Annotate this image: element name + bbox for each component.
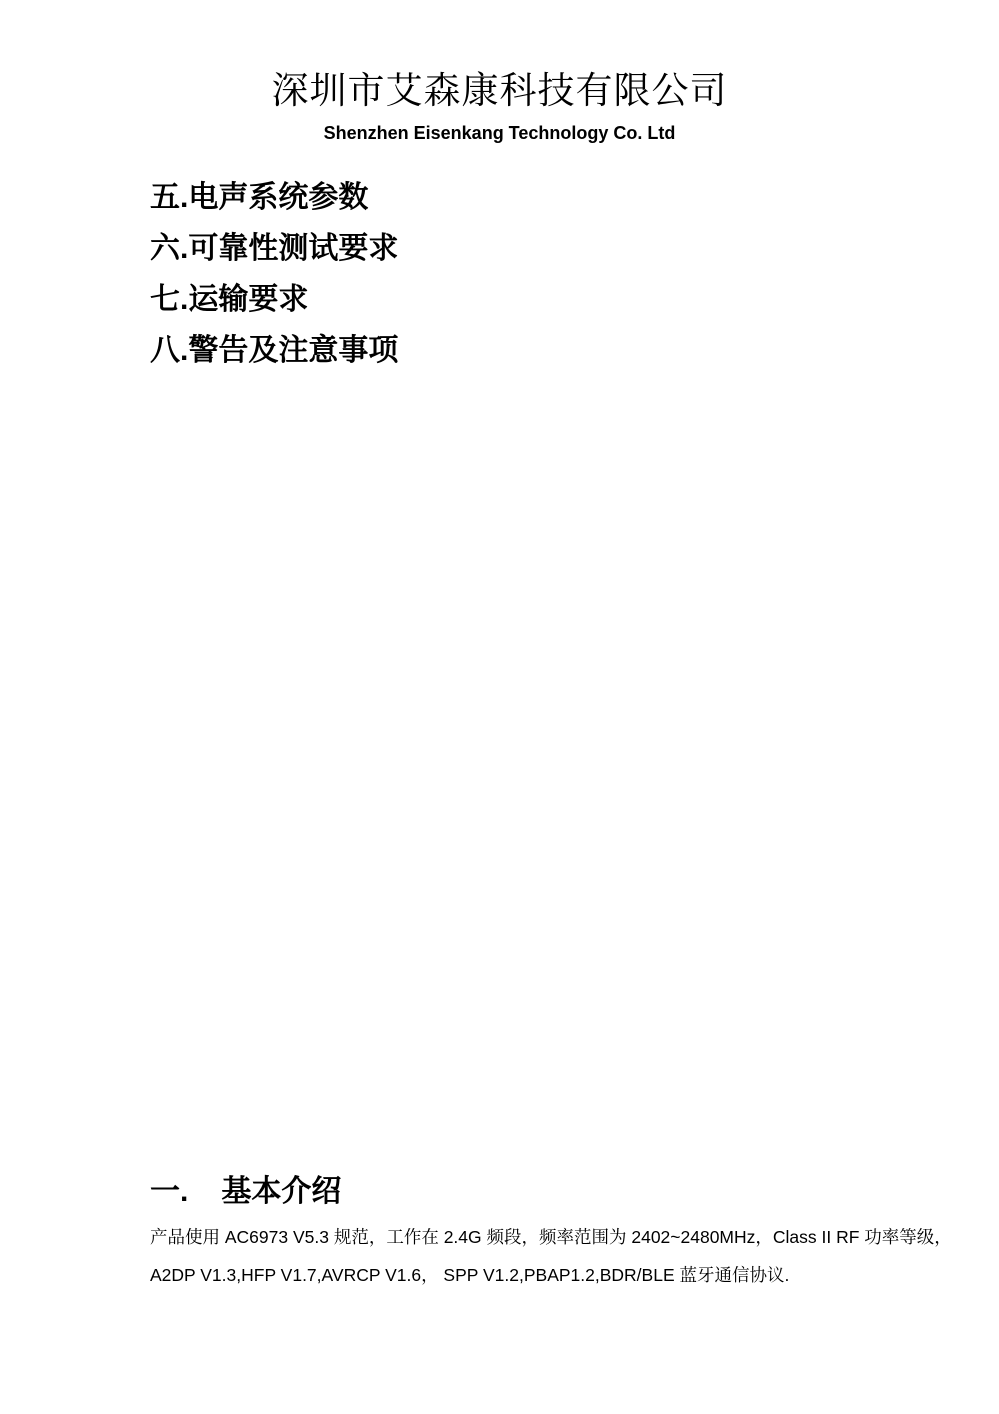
section-number: 一. [150, 1175, 188, 1208]
toc-item-section-8: 八.警告及注意事项 [150, 333, 398, 369]
body-line-1: 产品使用 AC6973 V5.3 规范，工作在 2.4G 频段，频率范围为 24… [150, 1218, 910, 1256]
toc-item-section-5: 五.电声系统参数 [150, 180, 398, 216]
section-heading: 一.基本介绍 [150, 1174, 341, 1210]
body-line-2: A2DP V1.3,HFP V1.7,AVRCP V1.6， SPP V1.2,… [150, 1256, 910, 1294]
company-name-chinese: 深圳市艾森康科技有限公司 [0, 70, 999, 114]
toc-item-section-6: 六.可靠性测试要求 [150, 231, 398, 267]
document-page: 深圳市艾森康科技有限公司 Shenzhen Eisenkang Technolo… [0, 0, 999, 1414]
toc-item-section-7: 七.运输要求 [150, 282, 398, 318]
company-name-english: Shenzhen Eisenkang Technology Co. Ltd [0, 121, 999, 145]
section-body: 产品使用 AC6973 V5.3 规范，工作在 2.4G 频段，频率范围为 24… [150, 1218, 910, 1294]
toc-headings: 五.电声系统参数 六.可靠性测试要求 七.运输要求 八.警告及注意事项 [150, 180, 398, 384]
section-title: 基本介绍 [221, 1175, 341, 1208]
